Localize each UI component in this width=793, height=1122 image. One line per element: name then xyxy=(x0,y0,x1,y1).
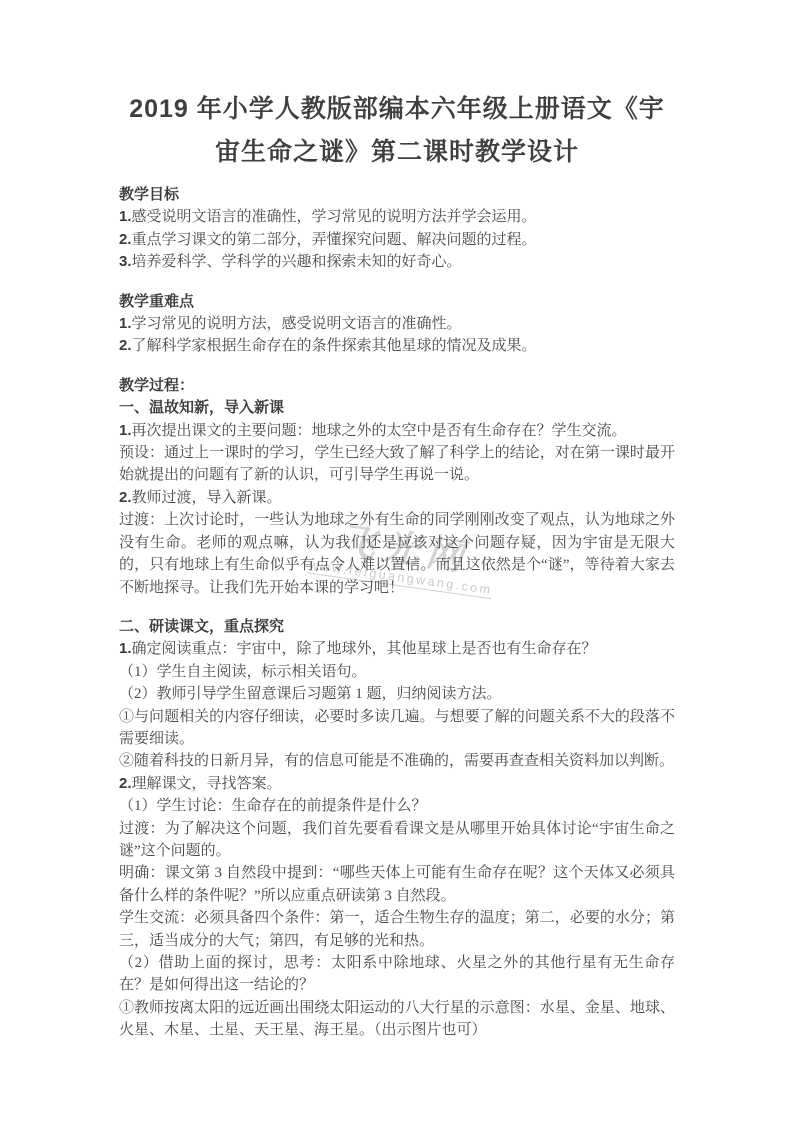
paragraph: 3.培养爱科学、学科学的兴趣和探索未知的好奇心。 xyxy=(119,251,675,273)
section-heading: 教学过程： xyxy=(119,375,675,397)
document-page: 2019 年小学人教版部编本六年级上册语文《宇宙生命之谜》第二课时教学设计 教学… xyxy=(0,0,793,1122)
paragraph: 过渡：上次讨论时，一些认为地球之外有生命的同学刚刚改变了观点，认为地球之外没有生… xyxy=(119,509,675,599)
paragraph: （1）学生讨论：生命存在的前提条件是什么？ xyxy=(119,795,675,817)
paragraph: 学生交流：必须具备四个条件：第一，适合生物生存的温度；第二，必要的水分；第三，适… xyxy=(119,907,675,952)
paragraph: （2）教师引导学生留意课后习题第 1 题，归纳阅读方法。 xyxy=(119,683,675,705)
blank-line xyxy=(119,599,675,616)
blank-line xyxy=(119,358,675,375)
list-number: 2. xyxy=(119,775,132,792)
document-content: 2019 年小学人教版部编本六年级上册语文《宇宙生命之谜》第二课时教学设计 教学… xyxy=(119,88,675,1042)
document-body: 教学目标1.感受说明文语言的准确性，学习常见的说明方法并学会运用。2.重点学习课… xyxy=(119,184,675,1042)
paragraph: ②随着科技的日新月异，有的信息可能是不准确的，需要再查查相关资料加以判断。 xyxy=(119,750,675,772)
section-heading: 一、温故知新，导入新课 xyxy=(119,397,675,419)
list-number: 3. xyxy=(119,253,132,270)
list-number: 2. xyxy=(119,489,132,506)
paragraph: ①与问题相关的内容仔细读，必要时多读几遍。与想要了解的问题关系不大的段落不需要细… xyxy=(119,706,675,751)
section-heading: 教学重难点 xyxy=(119,291,675,313)
list-number: 2. xyxy=(119,231,132,248)
paragraph: 2.教师过渡，导入新课。 xyxy=(119,487,675,509)
paragraph: 1.再次提出课文的主要问题：地球之外的太空中是否有生命存在？学生交流。 xyxy=(119,420,675,442)
paragraph: 2.重点学习课文的第二部分，弄懂探究问题、解决问题的过程。 xyxy=(119,229,675,251)
list-number: 1. xyxy=(119,315,132,332)
list-number: 1. xyxy=(119,208,132,225)
paragraph: 1.确定阅读重点：宇宙中，除了地球外，其他星球上是否也有生命存在？ xyxy=(119,638,675,660)
list-number: 2. xyxy=(119,337,132,354)
paragraph: ①教师按离太阳的远近画出围绕太阳运动的八大行星的示意图：水星、金星、地球、火星、… xyxy=(119,997,675,1042)
paragraph: 明确：课文第 3 自然段中提到：“哪些天体上可能有生命存在呢？这个天体又必须具备… xyxy=(119,862,675,907)
paragraph: 1.感受说明文语言的准确性，学习常见的说明方法并学会运用。 xyxy=(119,206,675,228)
paragraph: 过渡：为了解决这个问题，我们首先要看看课文是从哪里开始具体讨论“宇宙生命之谜”这… xyxy=(119,818,675,863)
list-number: 1. xyxy=(119,422,132,439)
paragraph: 2.理解课文，寻找答案。 xyxy=(119,773,675,795)
section-heading: 二、研读课文，重点探究 xyxy=(119,616,675,638)
paragraph: 预设：通过上一课时的学习，学生已经大致了解了科学上的结论，对在第一课时最开始就提… xyxy=(119,442,675,487)
paragraph: （2）借助上面的探讨，思考：太阳系中除地球、火星之外的其他行星有无生命存在？是如… xyxy=(119,952,675,997)
list-number: 1. xyxy=(119,640,132,657)
paragraph: （1）学生自主阅读，标示相关语句。 xyxy=(119,661,675,683)
document-title: 2019 年小学人教版部编本六年级上册语文《宇宙生命之谜》第二课时教学设计 xyxy=(119,88,675,174)
section-heading: 教学目标 xyxy=(119,184,675,206)
paragraph: 1.学习常见的说明方法，感受说明文语言的准确性。 xyxy=(119,313,675,335)
paragraph: 2.了解科学家根据生命存在的条件探索其他星球的情况及成果。 xyxy=(119,335,675,357)
blank-line xyxy=(119,274,675,291)
